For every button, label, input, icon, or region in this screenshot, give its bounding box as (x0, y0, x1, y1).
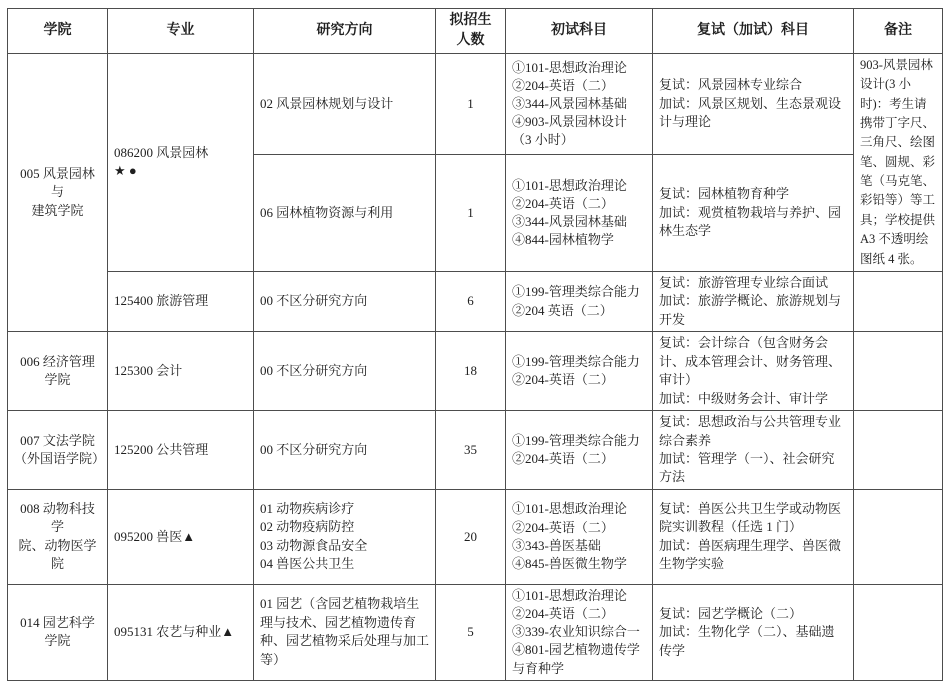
direction-cell: 01 动物疾病诊疗 02 动物疫病防控 03 动物源食品安全 04 兽医公共卫生 (254, 489, 436, 584)
initial-exam-cell: ①199-管理类综合能力 ②204 英语（二） (506, 271, 653, 331)
header-remark: 备注 (854, 9, 943, 54)
header-row: 学院 专业 研究方向 拟招生 人数 初试科目 复试（加试）科目 备注 (8, 9, 943, 54)
remark-cell (854, 489, 943, 584)
admissions-table: 学院 专业 研究方向 拟招生 人数 初试科目 复试（加试）科目 备注 005 风… (7, 8, 943, 681)
retest-cell: 复试：会计综合（包含财务会计、成本管理会计、财务管理、审计） 加试：中级财务会计… (653, 332, 854, 411)
major-cell: 086200 风景园林 ★ ● (108, 53, 254, 271)
retest-cell: 复试：园林植物育种学 加试：观赏植物栽培与养护、园林生态学 (653, 155, 854, 272)
quota-cell: 6 (436, 271, 506, 331)
major-cell: 125200 公共管理 (108, 411, 254, 490)
direction-cell: 06 园林植物资源与利用 (254, 155, 436, 272)
remark-cell (854, 584, 943, 680)
header-retest: 复试（加试）科目 (653, 9, 854, 54)
table-row: 125400 旅游管理 00 不区分研究方向 6 ①199-管理类综合能力 ②2… (8, 271, 943, 331)
college-cell: 008 动物科技学 院、动物医学院 (8, 489, 108, 584)
retest-cell: 复试：园艺学概论（二） 加试：生物化学（二）、基础遗传学 (653, 584, 854, 680)
initial-exam-cell: ①199-管理类综合能力 ②204-英语（二） (506, 411, 653, 490)
retest-cell: 复试：思想政治与公共管理专业综合素养 加试：管理学（一）、社会研究方法 (653, 411, 854, 490)
initial-exam-cell: ①101-思想政治理论 ②204-英语（二） ③343-兽医基础 ④845-兽医… (506, 489, 653, 584)
direction-cell: 01 园艺（含园艺植物栽培生理与技术、园艺植物遗传育种、园艺植物采后处理与加工等… (254, 584, 436, 680)
initial-exam-cell: ①101-思想政治理论 ②204-英语（二） ③339-农业知识综合一 ④801… (506, 584, 653, 680)
header-direction: 研究方向 (254, 9, 436, 54)
table-row: 014 园艺科学 学院 095131 农艺与种业▲ 01 园艺（含园艺植物栽培生… (8, 584, 943, 680)
direction-cell: 00 不区分研究方向 (254, 332, 436, 411)
remark-cell (854, 271, 943, 331)
college-cell: 007 文法学院 （外国语学院） (8, 411, 108, 490)
header-college: 学院 (8, 9, 108, 54)
table-row: 005 风景园林与 建筑学院 086200 风景园林 ★ ● 02 风景园林规划… (8, 53, 943, 155)
table-row: 006 经济管理 学院 125300 会计 00 不区分研究方向 18 ①199… (8, 332, 943, 411)
retest-cell: 复试：风景园林专业综合 加试：风景区规划、生态景观设计与理论 (653, 53, 854, 155)
quota-cell: 5 (436, 584, 506, 680)
initial-exam-cell: ①101-思想政治理论 ②204-英语（二） ③344-风景园林基础 ④844-… (506, 155, 653, 272)
quota-cell: 1 (436, 155, 506, 272)
table-row: 008 动物科技学 院、动物医学院 095200 兽医▲ 01 动物疾病诊疗 0… (8, 489, 943, 584)
retest-cell: 复试：旅游管理专业综合面试 加试：旅游学概论、旅游规划与开发 (653, 271, 854, 331)
quota-cell: 18 (436, 332, 506, 411)
initial-exam-cell: ①101-思想政治理论 ②204-英语（二） ③344-风景园林基础 ④903-… (506, 53, 653, 155)
college-cell: 005 风景园林与 建筑学院 (8, 53, 108, 331)
quota-cell: 35 (436, 411, 506, 490)
remark-cell (854, 332, 943, 411)
header-major: 专业 (108, 9, 254, 54)
direction-cell: 00 不区分研究方向 (254, 271, 436, 331)
remark-cell: 903-风景园林设计(3 小时)：考生请携带丁字尺、三角尺、绘图笔、圆规、彩笔（… (854, 53, 943, 271)
quota-cell: 20 (436, 489, 506, 584)
major-cell: 125300 会计 (108, 332, 254, 411)
quota-cell: 1 (436, 53, 506, 155)
major-cell: 095131 农艺与种业▲ (108, 584, 254, 680)
major-cell: 095200 兽医▲ (108, 489, 254, 584)
retest-cell: 复试：兽医公共卫生学或动物医院实训教程（任选 1 门） 加试：兽医病理生理学、兽… (653, 489, 854, 584)
header-quota: 拟招生 人数 (436, 9, 506, 54)
remark-cell (854, 411, 943, 490)
header-initial-exam: 初试科目 (506, 9, 653, 54)
major-cell: 125400 旅游管理 (108, 271, 254, 331)
direction-cell: 02 风景园林规划与设计 (254, 53, 436, 155)
table-row: 007 文法学院 （外国语学院） 125200 公共管理 00 不区分研究方向 … (8, 411, 943, 490)
direction-cell: 00 不区分研究方向 (254, 411, 436, 490)
initial-exam-cell: ①199-管理类综合能力 ②204-英语（二） (506, 332, 653, 411)
college-cell: 006 经济管理 学院 (8, 332, 108, 411)
college-cell: 014 园艺科学 学院 (8, 584, 108, 680)
